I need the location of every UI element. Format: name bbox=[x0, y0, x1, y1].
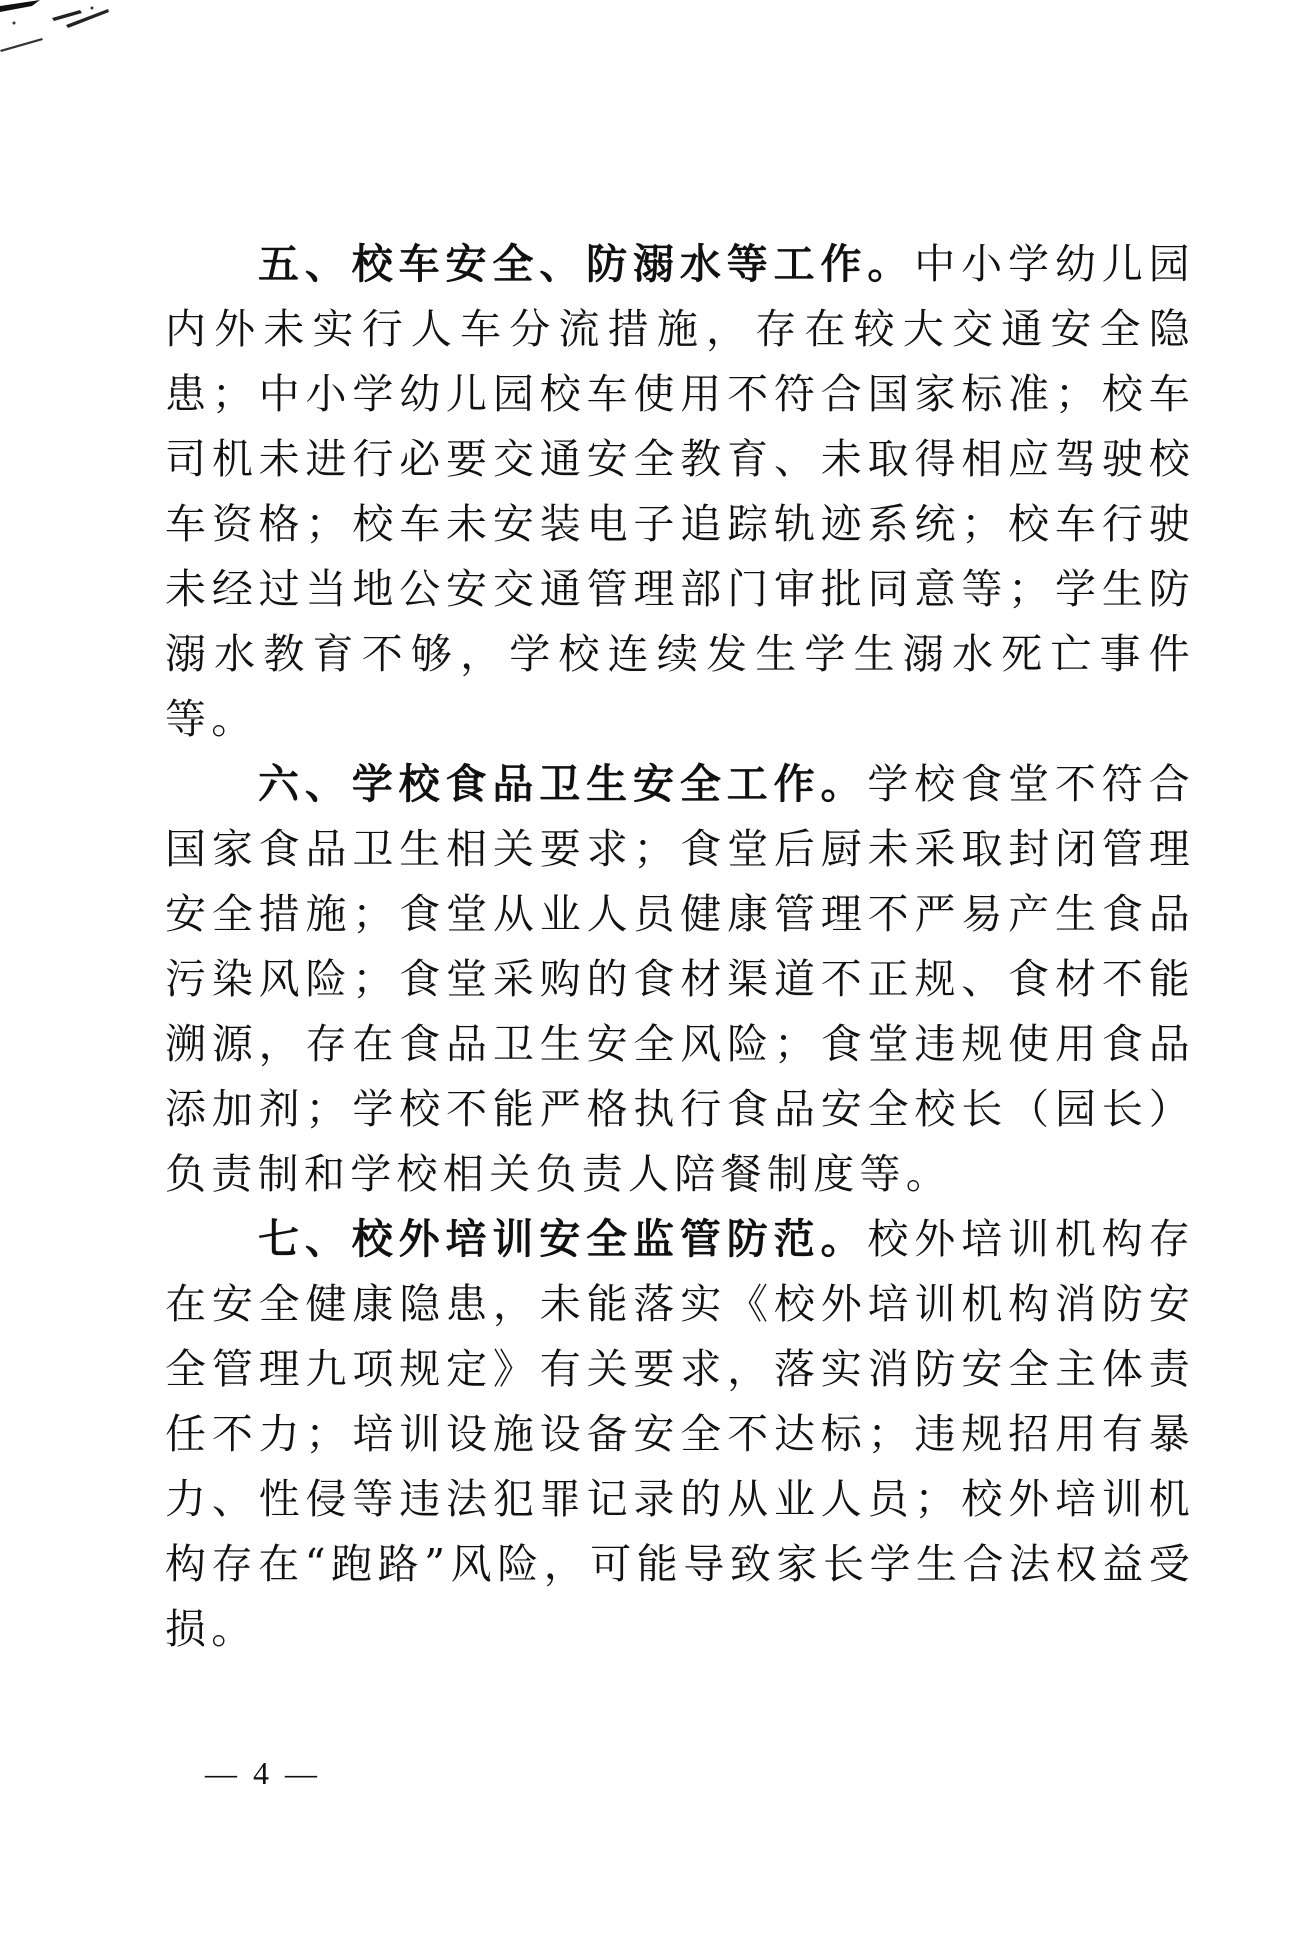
section-heading: 五、校车安全、防溺水等工作。 bbox=[258, 240, 914, 288]
section-school-bus-drowning: 五、校车安全、防溺水等工作。中小学幼儿园内外未实行人车分流措施，存在较大交通安全… bbox=[165, 232, 1195, 752]
page-number: — 4 — bbox=[205, 1755, 321, 1792]
section-text: 学校食堂不符合国家食品卫生相关要求；食堂后厨未采取封闭管理安全措施；食堂从业人员… bbox=[165, 760, 1195, 1198]
section-text: 校外培训机构存在安全健康隐患，未能落实《校外培训机构消防安全管理九项规定》有关要… bbox=[165, 1215, 1195, 1653]
section-heading: 七、校外培训安全监管防范。 bbox=[258, 1215, 867, 1263]
section-heading: 六、学校食品卫生安全工作。 bbox=[258, 760, 867, 808]
section-off-campus-training: 七、校外培训安全监管防范。校外培训机构存在安全健康隐患，未能落实《校外培训机构消… bbox=[165, 1207, 1195, 1662]
section-text: 中小学幼儿园内外未实行人车分流措施，存在较大交通安全隐患；中小学幼儿园校车使用不… bbox=[165, 240, 1195, 743]
document-body: 五、校车安全、防溺水等工作。中小学幼儿园内外未实行人车分流措施，存在较大交通安全… bbox=[165, 232, 1195, 1662]
section-food-safety: 六、学校食品卫生安全工作。学校食堂不符合国家食品卫生相关要求；食堂后厨未采取封闭… bbox=[165, 752, 1195, 1207]
scan-artifact-mark bbox=[0, 0, 120, 60]
